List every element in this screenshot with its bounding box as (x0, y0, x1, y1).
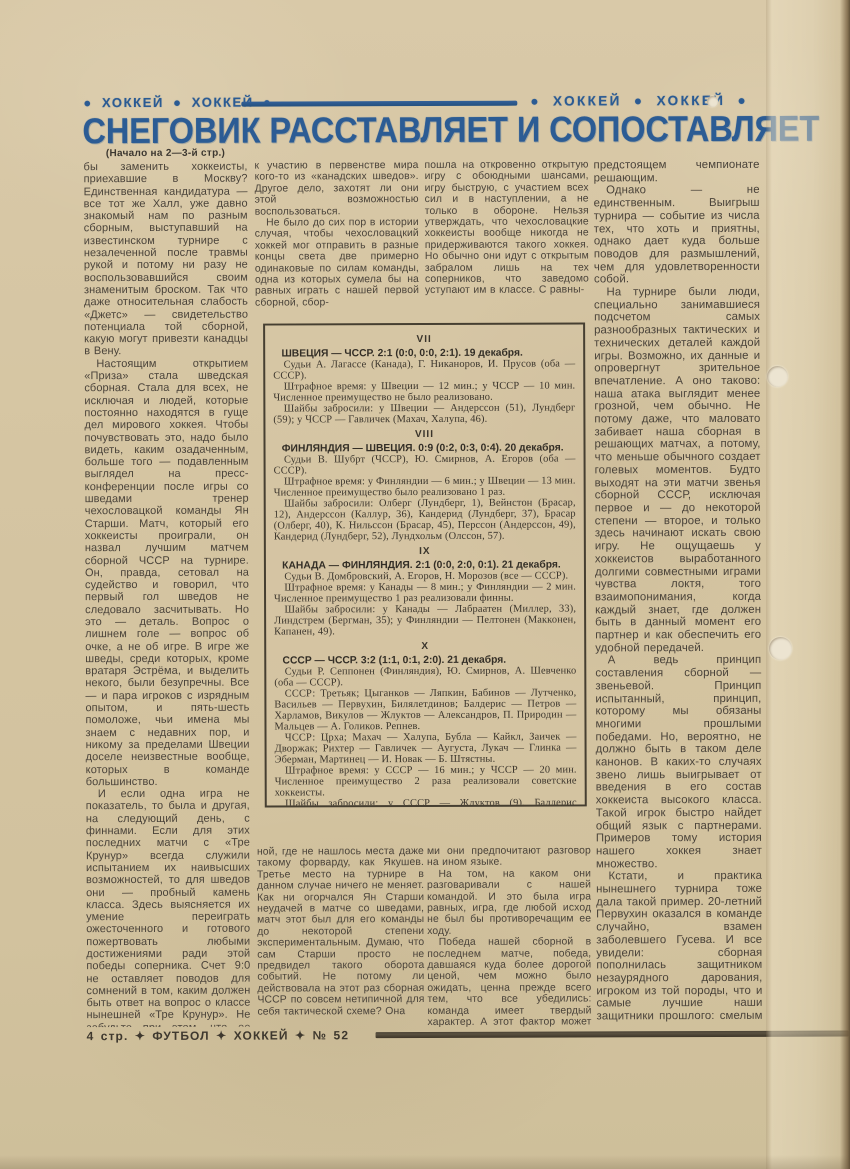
match-detail: Шайбы забросили: у Канады — Лабраатен (М… (274, 603, 576, 637)
paragraph: И если одна игра не показатель, то была … (86, 788, 251, 1027)
match-section: VIII ФИНЛЯНДИЯ — ШВЕЦИЯ. 0:9 (0:2, 0:3, … (273, 428, 575, 542)
match-detail: Штрафное время: у Канады — 8 мин.; у Фин… (274, 581, 576, 604)
paragraph: Победа нашей сборной в последнем матче, … (427, 937, 591, 1027)
paragraph: ми они предпочитают разговор на ином язы… (427, 845, 591, 868)
paragraph: пошла на откровенно открытую игру с обою… (425, 159, 589, 296)
footer-page-label: 4 стр. ✦ ФУТБОЛ ✦ ХОККЕЙ ✦ № 52 (87, 1028, 350, 1043)
page-content: ● ХОККЕЙ ● ХОККЕЙ ● ● ХОККЕЙ ● ХОККЕЙ ● … (0, 0, 850, 1169)
match-detail: Штрафное время: у Финляндии — 6 мин.; у … (274, 475, 576, 498)
match-detail: Шайбы забросили: Олберг (Лундберг, 1), В… (274, 497, 576, 542)
paragraph: Настоящим открытием «Приза» стала шведск… (84, 357, 250, 788)
paragraph: Кстати, и практика нынешнего турнира тож… (596, 870, 763, 1025)
paragraph: На турнире были люди, специально занимав… (594, 286, 761, 655)
match-detail: СССР: Третьяк; Цыганков — Ляпкин, Бабино… (274, 687, 576, 732)
column-2-top: к участию в первенстве мира кого-то из «… (255, 160, 420, 323)
match-detail: Судьи В. Шубрт (ЧССР), Ю. Смирнов, А. Ег… (274, 453, 576, 476)
header-rule (241, 101, 517, 107)
column-4: предстоящем чемпионате решающим. Однако … (594, 159, 763, 1026)
match-detail: Судьи Р. Сеппонен (Финляндия), Ю. Смирно… (274, 665, 576, 688)
paragraph: А ведь принцип составления сборной — зве… (595, 654, 762, 871)
paragraph: На том, на каком они разговаривали с наш… (427, 868, 591, 937)
paragraph: ной, где не нашлось места даже такому фо… (257, 846, 425, 1018)
match-reports-box: VII ШВЕЦИЯ — ЧССР. 2:1 (0:0, 0:0, 2:1). … (263, 322, 587, 807)
match-number: VIII (273, 428, 575, 440)
page-title: СНЕГОВИК РАССТАВЛЯЕТ И СОПОСТАВЛЯЕТ (82, 108, 819, 153)
column-1: бы заменить хоккеисты, приехавшие в Моск… (84, 161, 251, 1028)
match-detail: ЧССР: Црха; Махач — Халупа, Бубла — Кайк… (275, 731, 577, 765)
paragraph: предстоящем чемпионате решающим. (594, 159, 760, 185)
match-number: VII (273, 333, 575, 345)
match-detail: Шайбы забросили: у СССР — Жлуктов (9), Б… (275, 797, 577, 807)
match-section: VII ШВЕЦИЯ — ЧССР. 2:1 (0:0, 0:0, 2:1). … (273, 333, 575, 425)
punch-hole (707, 96, 718, 107)
column-3-top: пошла на откровенно открытую игру с обою… (425, 159, 590, 323)
column-3-bottom: ми они предпочитают разговор на ином язы… (427, 845, 592, 1027)
paragraph: бы заменить хоккеисты, приехавшие в Моск… (84, 161, 249, 358)
match-detail: Судьи А. Лагассе (Канада), Г. Никаноров,… (273, 358, 575, 381)
column-2-bottom: ной, где не нашлось места даже такому фо… (257, 846, 425, 1028)
continuation-note: (Начало на 2—3-й стр.) (83, 148, 247, 160)
match-section: IX КАНАДА — ФИНЛЯНДИЯ. 2:1 (0:0, 2:0, 0:… (274, 545, 576, 637)
match-detail: Шайбы забросили: у Швеции — Андерссон (5… (273, 402, 575, 425)
footer-rule (376, 1031, 849, 1039)
paragraph: к участию в первенстве мира кого-то из «… (255, 160, 419, 218)
punch-hole (769, 637, 792, 660)
paragraph: Однако — не единственным. Выигрыш турнир… (594, 184, 760, 286)
match-number: X (274, 640, 576, 652)
paragraph: Не было до сих пор в истории случая, что… (255, 217, 419, 309)
newspaper-page: ● ХОККЕЙ ● ХОККЕЙ ● ● ХОККЕЙ ● ХОККЕЙ ● … (0, 0, 850, 1169)
match-detail: Штрафное время: у Швеции — 12 мин.; у ЧС… (273, 380, 575, 403)
match-detail: Штрафное время: у СССР — 16 мин.; у ЧССР… (275, 764, 577, 798)
punch-hole (767, 366, 788, 387)
match-number: IX (274, 545, 576, 557)
match-section: X СССР — ЧССР. 3:2 (1:1, 0:1, 2:0). 21 д… (274, 640, 577, 807)
